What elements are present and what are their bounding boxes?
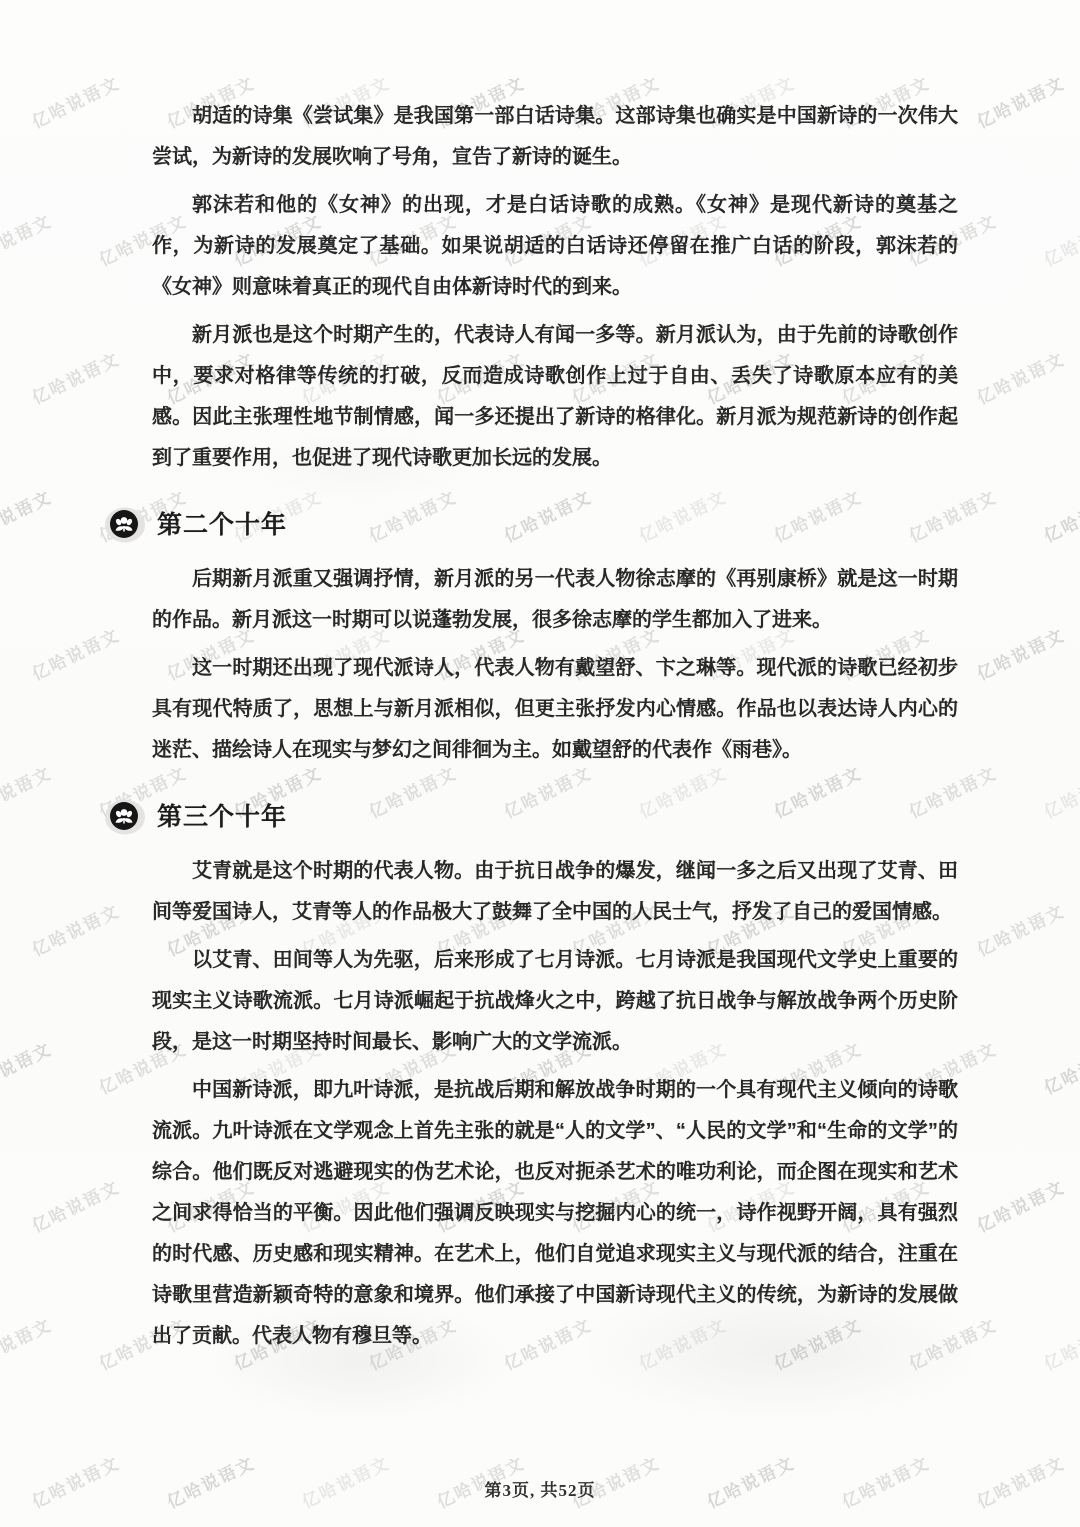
watermark-text: 亿哈说语文 (1039, 1311, 1080, 1375)
paragraph: 后期新月派重又强调抒情，新月派的另一代表人物徐志摩的《再别康桥》就是这一时期的作… (152, 559, 958, 641)
document-page: 亿哈说语文亿哈说语文亿哈说语文亿哈说语文亿哈说语文亿哈说语文亿哈说语文亿哈说语文… (0, 0, 1080, 1527)
watermark-text: 亿哈说语文 (27, 69, 123, 133)
document-content: 胡适的诗集《尝试集》是我国第一部白话诗集。这部诗集也确实是中国新诗的一次伟大尝试… (152, 96, 958, 1364)
paragraph: 艾青就是这个时期的代表人物。由于抗日战争的爆发，继闻一多之后又出现了艾青、田间等… (152, 851, 958, 933)
watermark-text: 亿哈说语文 (0, 483, 55, 547)
paragraph: 中国新诗派，即九叶诗派，是抗战后期和解放战争时期的一个具有现代主义倾向的诗歌流派… (152, 1070, 958, 1357)
watermark-text: 亿哈说语文 (1039, 1035, 1080, 1099)
watermark-text: 亿哈说语文 (1039, 207, 1080, 271)
watermark-text: 亿哈说语文 (27, 1173, 123, 1237)
watermark-text: 亿哈说语文 (27, 897, 123, 961)
watermark-text: 亿哈说语文 (972, 345, 1068, 409)
page-footer: 第3页, 共52页 (0, 1476, 1080, 1501)
paragraph: 新月派也是这个时期产生的，代表诗人有闻一多等。新月派认为，由于先前的诗歌创作中，… (152, 315, 958, 479)
paragraph: 以艾青、田间等人为先驱，后来形成了七月诗派。七月诗派是我国现代文学史上重要的现实… (152, 940, 958, 1063)
watermark-text: 亿哈说语文 (0, 1311, 55, 1375)
watermark-text: 亿哈说语文 (0, 759, 55, 823)
watermark-text: 亿哈说语文 (0, 207, 55, 271)
watermark-text: 亿哈说语文 (27, 345, 123, 409)
paragraph: 这一时期还出现了现代派诗人，代表人物有戴望舒、卞之琳等。现代派的诗歌已经初步具有… (152, 648, 958, 771)
watermark-text: 亿哈说语文 (1039, 483, 1080, 547)
section-heading: 第三个十年 (104, 797, 958, 837)
watermark-text: 亿哈说语文 (1039, 759, 1080, 823)
flower-badge-icon (104, 505, 146, 545)
flower-badge-icon (104, 797, 146, 837)
section-heading-label: 第二个十年 (157, 505, 287, 545)
watermark-text: 亿哈说语文 (972, 69, 1068, 133)
section-heading: 第二个十年 (104, 505, 958, 545)
section-heading-label: 第三个十年 (157, 797, 287, 837)
watermark-text: 亿哈说语文 (972, 897, 1068, 961)
watermark-text: 亿哈说语文 (27, 621, 123, 685)
paragraph: 胡适的诗集《尝试集》是我国第一部白话诗集。这部诗集也确实是中国新诗的一次伟大尝试… (152, 96, 958, 178)
watermark-text: 亿哈说语文 (0, 1035, 55, 1099)
watermark-text: 亿哈说语文 (972, 1173, 1068, 1237)
page-number-label: 第3页, 共52页 (485, 1481, 596, 1500)
watermark-text: 亿哈说语文 (972, 621, 1068, 685)
paragraph: 郭沫若和他的《女神》的出现，才是白话诗歌的成熟。《女神》是现代新诗的奠基之作，为… (152, 185, 958, 308)
